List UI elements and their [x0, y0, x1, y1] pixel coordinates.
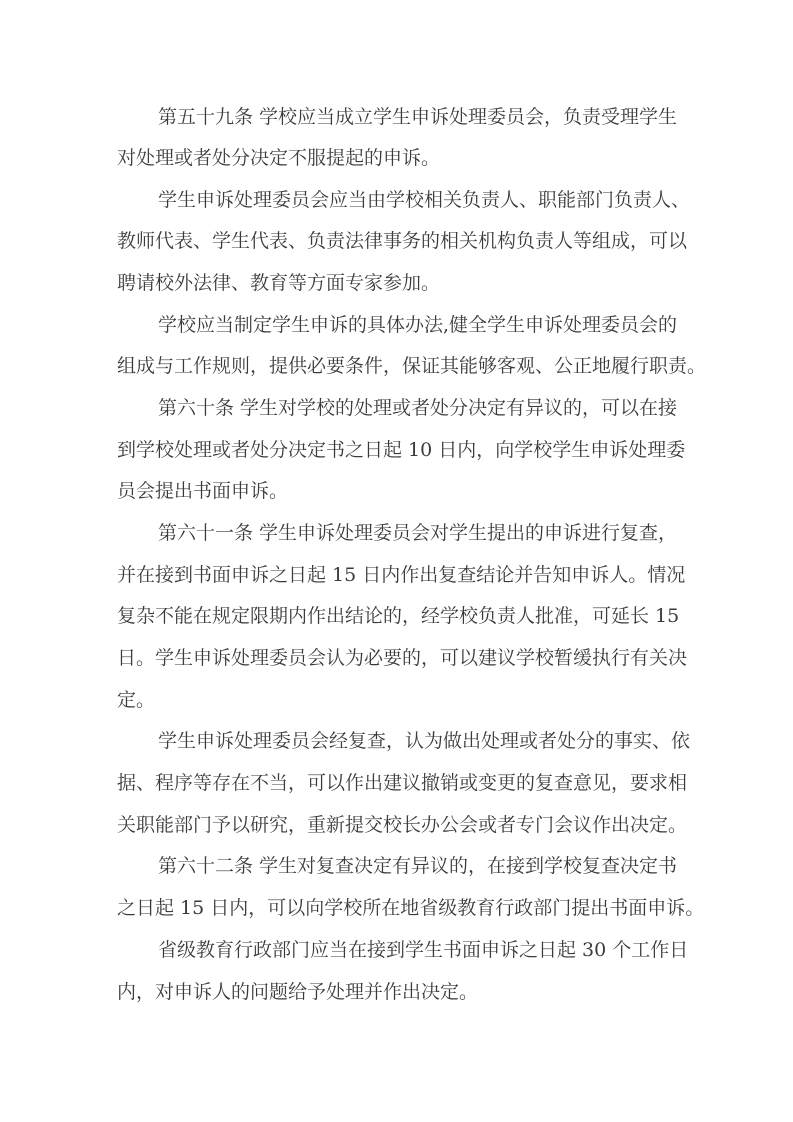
- text-line: 到学校处理或者处分决定书之日起 10 日内，向学校学生申诉处理委: [117, 435, 673, 465]
- document-page: 第五十九条 学校应当成立学生申诉处理委员会，负责受理学生 对处理或者处分决定不服…: [0, 0, 793, 1122]
- text-line: 关职能部门予以研究，重新提交校长办公会或者专门会议作出决定。: [117, 810, 673, 840]
- text-line: 第六十二条 学生对复查决定有异议的，在接到学校复查决定书: [158, 851, 673, 881]
- text-line: 内，对申诉人的问题给予处理并作出决定。: [117, 977, 673, 1007]
- text-line: 教师代表、学生代表、负责法律事务的相关机构负责人等组成，可以: [117, 226, 673, 256]
- text-line: 组成与工作规则，提供必要条件，保证其能够客观、公正地履行职责。: [117, 351, 673, 381]
- text-line: 第六十条 学生对学校的处理或者处分决定有异议的，可以在接: [158, 393, 673, 423]
- text-line: 第五十九条 学校应当成立学生申诉处理委员会，负责受理学生: [158, 102, 673, 132]
- text-line: 之日起 15 日内，可以向学校所在地省级教育行政部门提出书面申诉。: [117, 893, 673, 923]
- text-line: 聘请校外法律、教育等方面专家参加。: [117, 268, 673, 298]
- text-line: 据、程序等存在不当，可以作出建议撤销或变更的复查意见，要求相: [117, 768, 673, 798]
- text-line: 员会提出书面申诉。: [117, 476, 673, 506]
- text-line: 对处理或者处分决定不服提起的申诉。: [117, 143, 673, 173]
- text-line: 省级教育行政部门应当在接到学生书面申诉之日起 30 个工作日: [158, 935, 673, 965]
- text-line: 学校应当制定学生申诉的具体办法,健全学生申诉处理委员会的: [158, 310, 673, 340]
- text-line: 并在接到书面申诉之日起 15 日内作出复查结论并告知申诉人。情况: [117, 560, 673, 590]
- text-line: 学生申诉处理委员会经复查，认为做出处理或者处分的事实、依: [158, 726, 673, 756]
- text-line: 学生申诉处理委员会应当由学校相关负责人、职能部门负责人、: [158, 185, 673, 215]
- text-line: 复杂不能在规定限期内作出结论的，经学校负责人批准，可延长 15: [117, 601, 673, 631]
- text-line: 定。: [117, 685, 673, 715]
- text-line: 日。学生申诉处理委员会认为必要的，可以建议学校暂缓执行有关决: [117, 643, 673, 673]
- text-line: 第六十一条 学生申诉处理委员会对学生提出的申诉进行复查，: [158, 518, 673, 548]
